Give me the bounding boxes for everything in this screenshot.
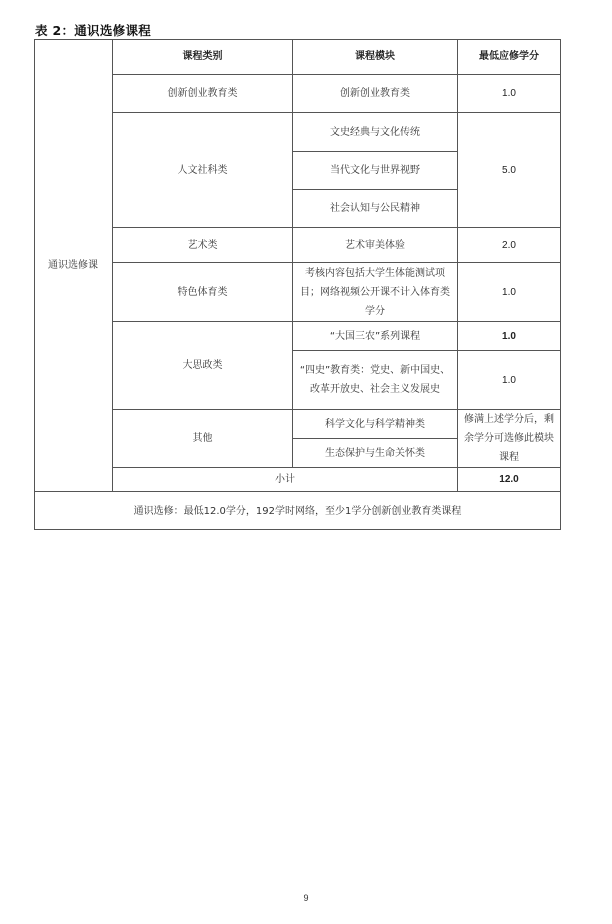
elective-courses-table: 通识选修课 课程类别 课程模块 最低应修学分 创新创业教育类 创新创业教育类 1…: [34, 39, 561, 530]
row-credits-art: 2.0: [458, 228, 561, 263]
row-credits-innovation: 1.0: [458, 75, 561, 113]
row-module-humanities-1: 文史经典与文化传统: [293, 113, 458, 152]
header-min-credits: 最低应修学分: [458, 39, 561, 75]
row-module-ideology-1: “大国三农”系列课程: [293, 322, 458, 351]
row-credits-sports: 1.0: [458, 263, 561, 322]
row-module-ideology-2: “四史”教育类：党史、新中国史、改革开放史、社会主义发展史: [293, 351, 458, 410]
row-type-innovation: 创新创业教育类: [113, 75, 293, 113]
subtotal-label: 小计: [113, 468, 458, 492]
row-module-art: 艺术审美体验: [293, 228, 458, 263]
category-cell: 通识选修课: [34, 39, 113, 492]
header-course-type: 课程类别: [113, 39, 293, 75]
row-module-other-2: 生态保护与生命关怀类: [293, 439, 458, 468]
row-module-sports: 考核内容包括大学生体能测试项目；网络视频公开课不计入体育类学分: [293, 263, 458, 322]
subtotal-credits: 12.0: [458, 468, 561, 492]
row-credits-humanities: 5.0: [458, 113, 561, 228]
header-course-module: 课程模块: [293, 39, 458, 75]
row-module-humanities-2: 当代文化与世界视野: [293, 152, 458, 190]
row-credits-ideology-1: 1.0: [458, 322, 561, 351]
table-title: 表 2：通识选修课程: [35, 21, 151, 39]
row-type-other: 其他: [113, 410, 293, 468]
row-type-ideology: 大思政类: [113, 322, 293, 410]
page-number: 9: [0, 893, 612, 903]
row-credits-other: 修满上述学分后，剩余学分可选修此模块课程: [458, 410, 561, 468]
row-module-innovation: 创新创业教育类: [293, 75, 458, 113]
row-module-humanities-3: 社会认知与公民精神: [293, 190, 458, 228]
row-credits-ideology-2: 1.0: [458, 351, 561, 410]
row-type-humanities: 人文社科类: [113, 113, 293, 228]
table-footer-note: 通识选修：最低12.0学分，192学时网络，至少1学分创新创业教育类课程: [34, 492, 561, 530]
row-type-sports: 特色体育类: [113, 263, 293, 322]
row-type-art: 艺术类: [113, 228, 293, 263]
row-module-other-1: 科学文化与科学精神类: [293, 410, 458, 439]
